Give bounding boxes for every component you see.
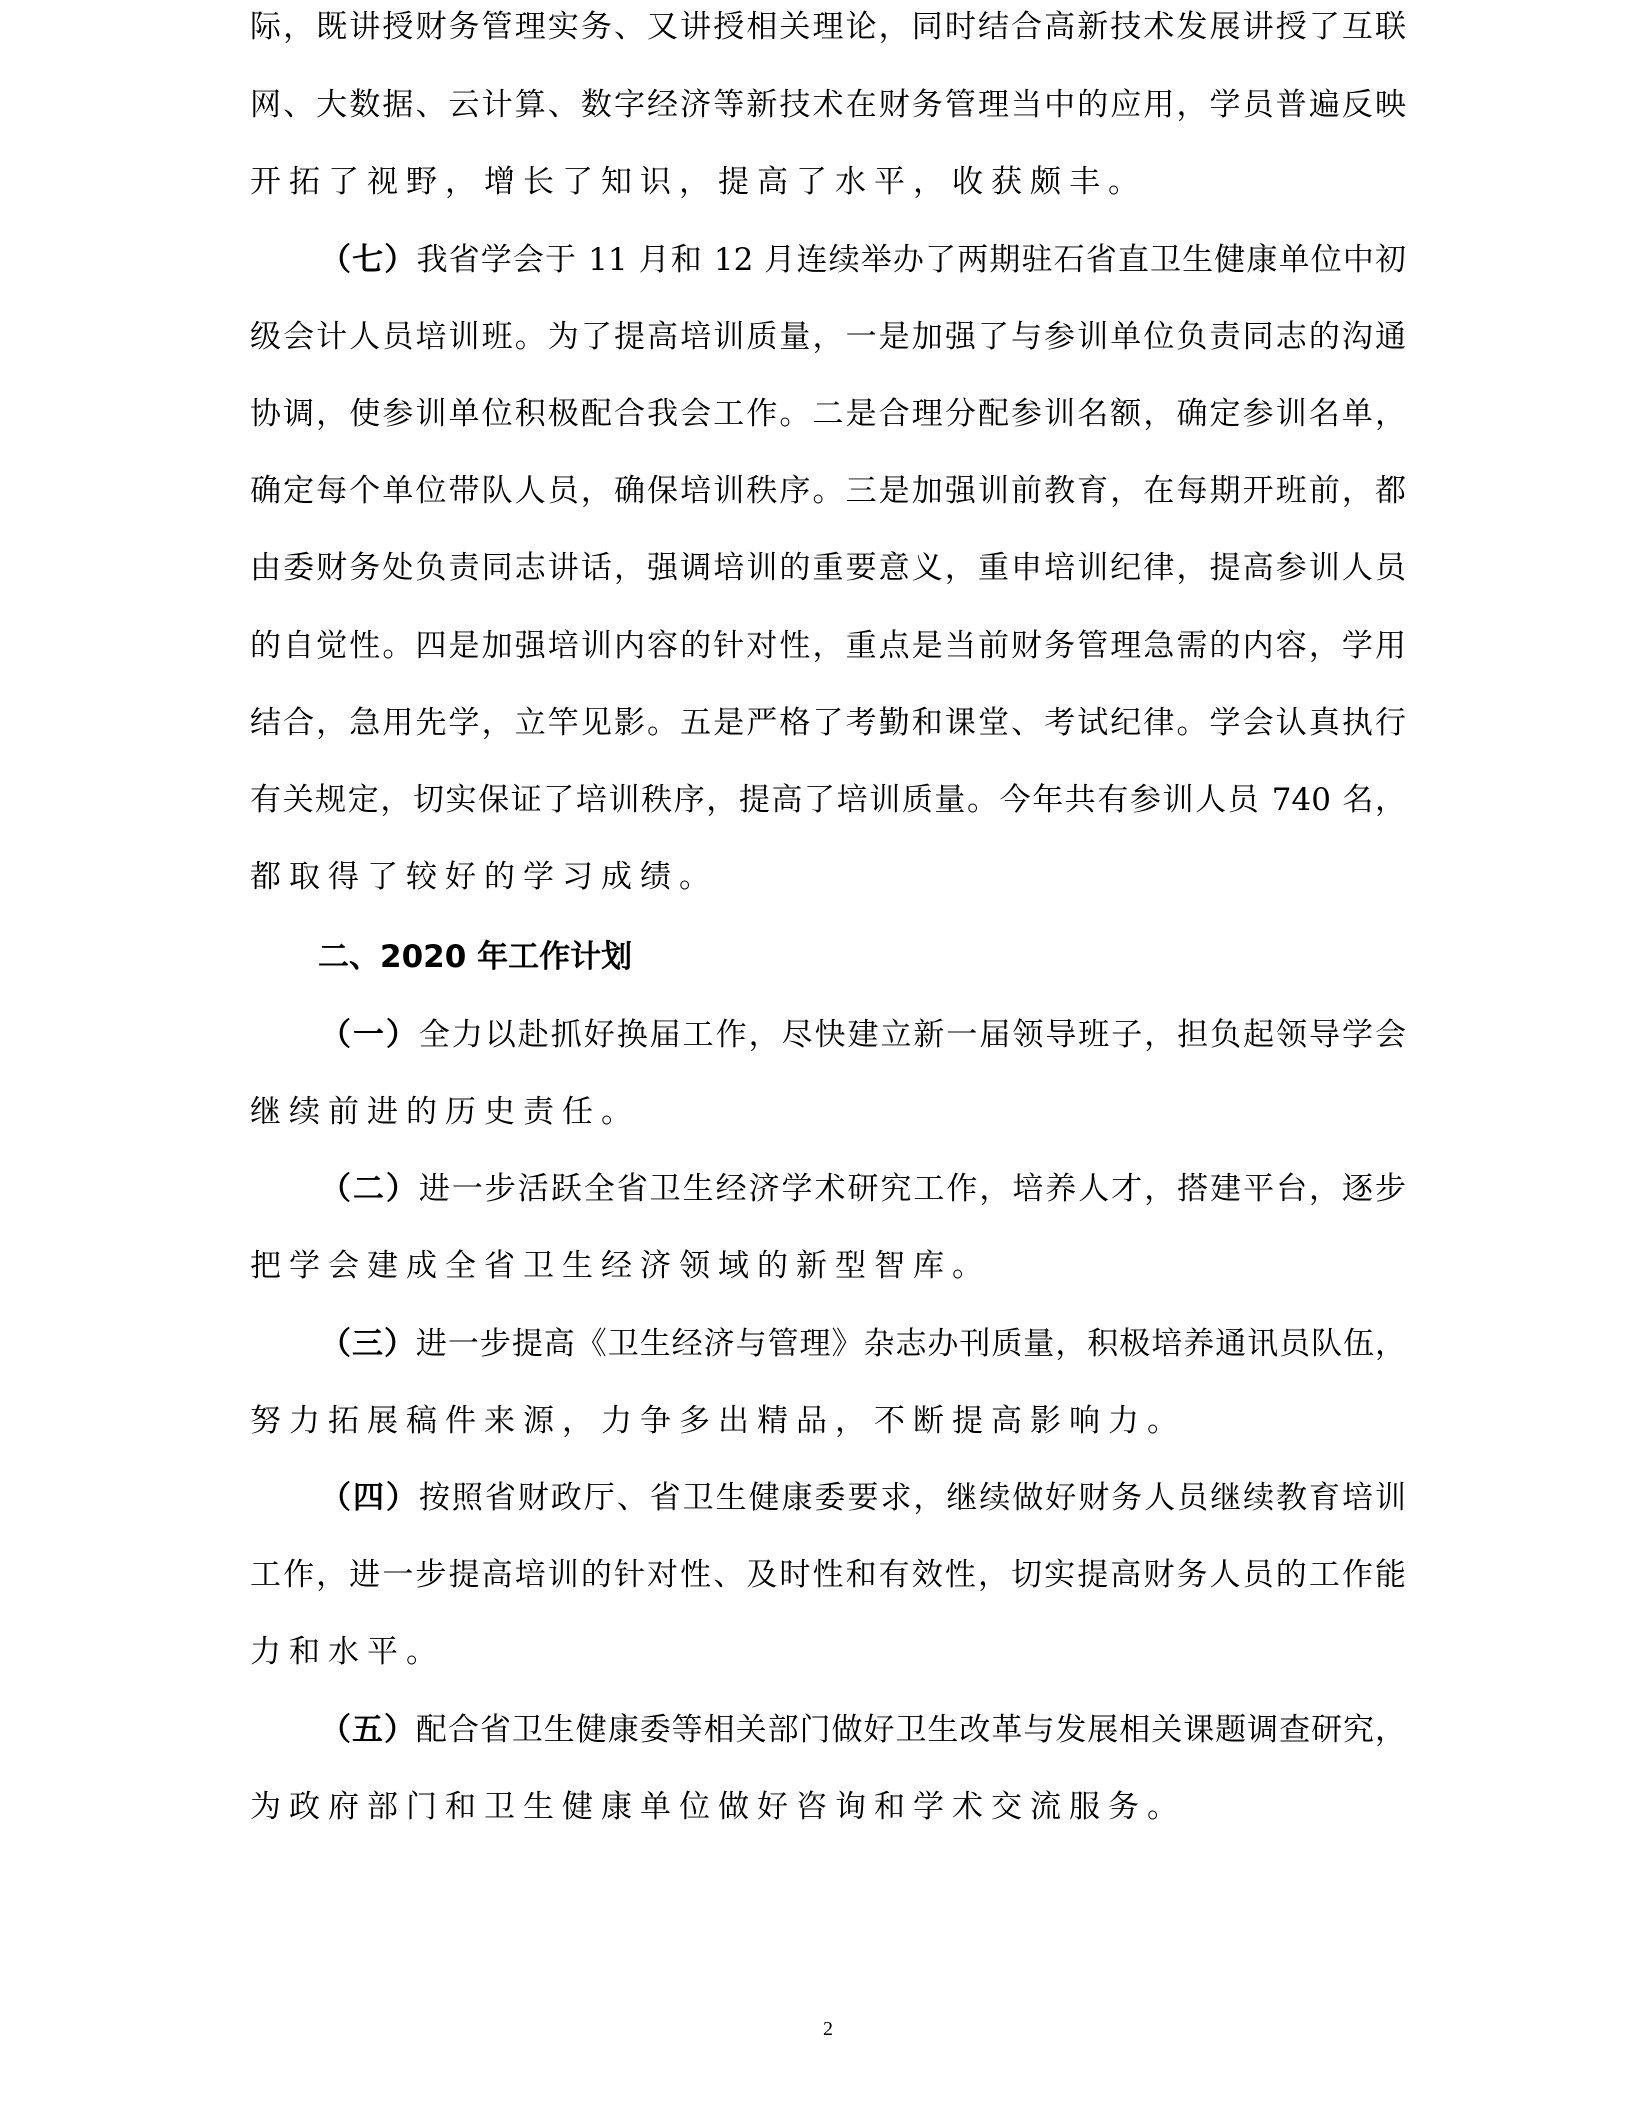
paragraph-line: 为政府部门和卫生健康单位做好咨询和学术交流服务。	[250, 1784, 1406, 1830]
item-label: （一）	[320, 1017, 419, 1053]
paragraph-line: 际，既讲授财务管理实务、又讲授相关理论，同时结合高新技术发展讲授了互联	[250, 4, 1406, 50]
page-number: 2	[818, 2014, 838, 2044]
item-text: 我省学会于 11 月和 12 月连续举办了两期驻石省直卫生健康单位中初	[416, 242, 1406, 278]
paragraph-line: 结合，急用先学，立竿见影。五是严格了考勤和课堂、考试纪律。学会认真执行	[250, 700, 1406, 746]
paragraph-line: 确定每个单位带队人员，确保培训秩序。三是加强训前教育，在每期开班前，都	[250, 468, 1406, 514]
item-text: 配合省卫生健康委等相关部门做好卫生改革与发展相关课题调查研究，	[416, 1712, 1406, 1748]
paragraph-line: 网、大数据、云计算、数字经济等新技术在财务管理当中的应用，学员普遍反映	[250, 82, 1406, 128]
paragraph-line: 工作，进一步提高培训的针对性、及时性和有效性，切实提高财务人员的工作能	[250, 1552, 1406, 1598]
paragraph-line: 努力拓展稿件来源，力争多出精品，不断提高影响力。	[250, 1398, 1406, 1444]
item-text: 按照省财政厅、省卫生健康委要求，继续做好财务人员继续教育培训	[419, 1480, 1406, 1516]
item-label: （三）	[320, 1326, 416, 1362]
paragraph-line: 继续前进的历史责任。	[250, 1089, 1406, 1135]
document-page: 际，既讲授财务管理实务、又讲授相关理论，同时结合高新技术发展讲授了互联 网、大数…	[0, 0, 1652, 2115]
paragraph-line: 开拓了视野，增长了知识，提高了水平，收获颇丰。	[250, 159, 1406, 205]
paragraph-line: 都取得了较好的学习成绩。	[250, 854, 1406, 900]
item-text: 进一步活跃全省卫生经济学术研究工作，培养人才，搭建平台，逐步	[419, 1171, 1406, 1207]
plan-item-5-first-line: （五）配合省卫生健康委等相关部门做好卫生改革与发展相关课题调查研究，	[320, 1707, 1406, 1753]
item-label: （七）	[320, 242, 416, 278]
item-label: （四）	[320, 1480, 419, 1516]
paragraph-line: 把学会建成全省卫生经济领域的新型智库。	[250, 1243, 1406, 1289]
item-label: （二）	[320, 1171, 419, 1207]
section-heading: 二、2020 年工作计划	[318, 934, 632, 980]
item-label: （五）	[320, 1712, 416, 1748]
item-text: 全力以赴抓好换届工作，尽快建立新一届领导班子，担负起领导学会	[419, 1017, 1406, 1053]
paragraph-line: 级会计人员培训班。为了提高培训质量，一是加强了与参训单位负责同志的沟通	[250, 314, 1406, 360]
item-text: 进一步提高《卫生经济与管理》杂志办刊质量，积极培养通讯员队伍，	[416, 1326, 1406, 1362]
paragraph-line: 由委财务处负责同志讲话，强调培训的重要意义，重申培训纪律，提高参训人员	[250, 545, 1406, 591]
paragraph-line: 的自觉性。四是加强培训内容的针对性，重点是当前财务管理急需的内容，学用	[250, 623, 1406, 669]
paragraph-line: 协调，使参训单位积极配合我会工作。二是合理分配参训名额，确定参训名单，	[250, 391, 1406, 437]
plan-item-3-first-line: （三）进一步提高《卫生经济与管理》杂志办刊质量，积极培养通讯员队伍，	[320, 1321, 1406, 1367]
plan-item-1-first-line: （一）全力以赴抓好换届工作，尽快建立新一届领导班子，担负起领导学会	[320, 1012, 1406, 1058]
plan-item-4-first-line: （四）按照省财政厅、省卫生健康委要求，继续做好财务人员继续教育培训	[320, 1475, 1406, 1521]
paragraph-line: 有关规定，切实保证了培训秩序，提高了培训质量。今年共有参训人员 740 名，	[250, 777, 1406, 823]
item-seven-first-line: （七）我省学会于 11 月和 12 月连续举办了两期驻石省直卫生健康单位中初	[320, 237, 1406, 283]
paragraph-line: 力和水平。	[250, 1629, 1406, 1675]
plan-item-2-first-line: （二）进一步活跃全省卫生经济学术研究工作，培养人才，搭建平台，逐步	[320, 1166, 1406, 1212]
